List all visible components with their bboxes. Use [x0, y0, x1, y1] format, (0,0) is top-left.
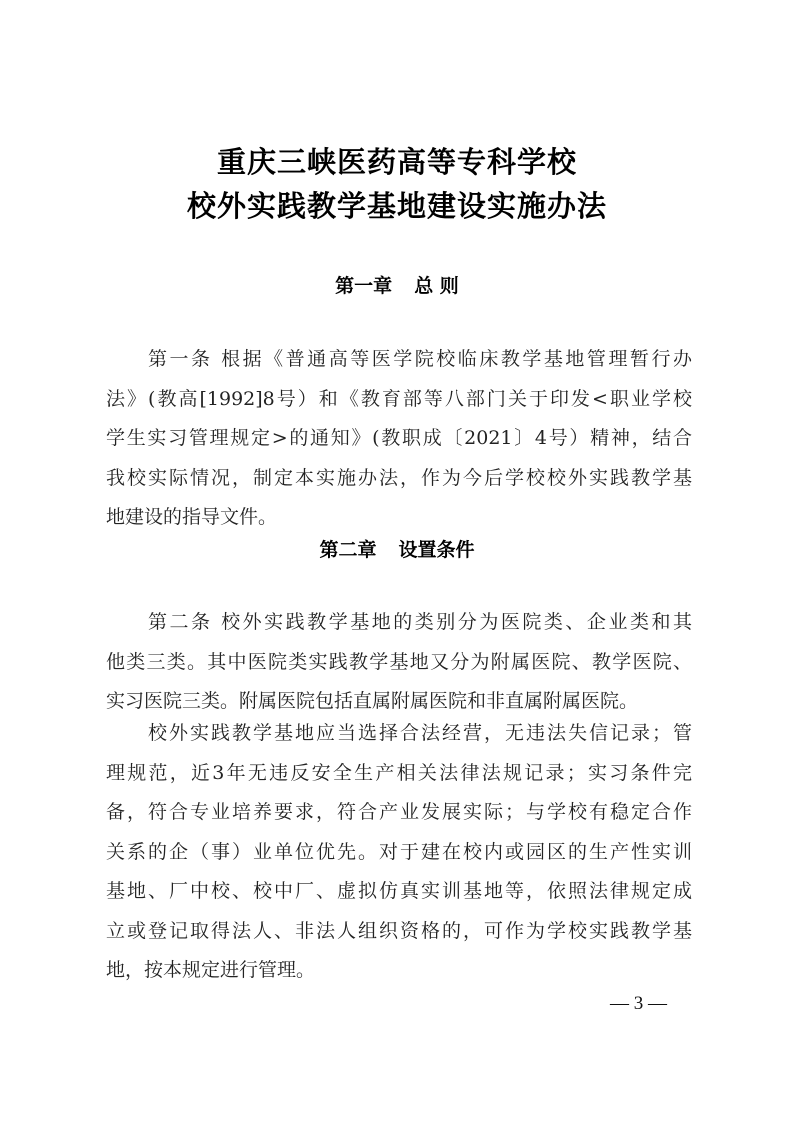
chapter-heading-1: 第一章总 则	[0, 271, 794, 298]
paragraph-line: 基地、厂中校、校中厂、虚拟仿真实训基地等，依照法律规定成	[106, 872, 692, 912]
article-2-paragraph: 第二条 校外实践教学基地的类别分为医院类、企业类和其 他类三类。其中医院类实践教…	[106, 603, 692, 722]
document-title-line2: 校外实践教学基地建设实施办法	[0, 184, 794, 225]
paragraph-line: 第二条 校外实践教学基地的类别分为医院类、企业类和其	[106, 603, 692, 643]
document-title-line1: 重庆三峡医药高等专科学校	[0, 140, 794, 181]
paragraph-line: 我校实际情况，制定本实施办法，作为今后学校校外实践教学基	[106, 459, 692, 499]
article-2-paragraph-2: 校外实践教学基地应当选择合法经营，无违法失信记录；管 理规范，近3年无违反安全生…	[106, 714, 692, 991]
paragraph-line: 关系的企（事）业单位优先。对于建在校内或园区的生产性实训	[106, 833, 692, 873]
page-number: — 3 —	[610, 993, 667, 1015]
chapter-number: 第二章	[319, 539, 376, 561]
article-1-paragraph: 第一条 根据《普通高等医学院校临床教学基地管理暂行办 法》(教高[1992]8号…	[106, 340, 692, 538]
paragraph-line: 立或登记取得法人、非法人组织资格的，可作为学校实践教学基	[106, 912, 692, 952]
chapter-name: 设置条件	[399, 539, 475, 561]
chapter-heading-2: 第二章设置条件	[0, 535, 794, 562]
paragraph-line: 地建设的指导文件。	[106, 498, 692, 538]
paragraph-line: 法》(教高[1992]8号）和《教育部等八部门关于印发<职业学校	[106, 380, 692, 420]
paragraph-line: 理规范，近3年无违反安全生产相关法律法规记录；实习条件完	[106, 754, 692, 794]
paragraph-line: 地，按本规定进行管理。	[106, 951, 692, 991]
paragraph-line: 他类三类。其中医院类实践教学基地又分为附属医院、教学医院、	[106, 643, 692, 683]
paragraph-line: 备，符合专业培养要求，符合产业发展实际；与学校有稳定合作	[106, 793, 692, 833]
chapter-name: 总 则	[414, 275, 459, 297]
chapter-number: 第一章	[335, 275, 392, 297]
paragraph-line: 学生实习管理规定>的通知》(教职成〔2021〕4号）精神，结合	[106, 419, 692, 459]
paragraph-line: 校外实践教学基地应当选择合法经营，无违法失信记录；管	[106, 714, 692, 754]
paragraph-line: 第一条 根据《普通高等医学院校临床教学基地管理暂行办	[106, 340, 692, 380]
